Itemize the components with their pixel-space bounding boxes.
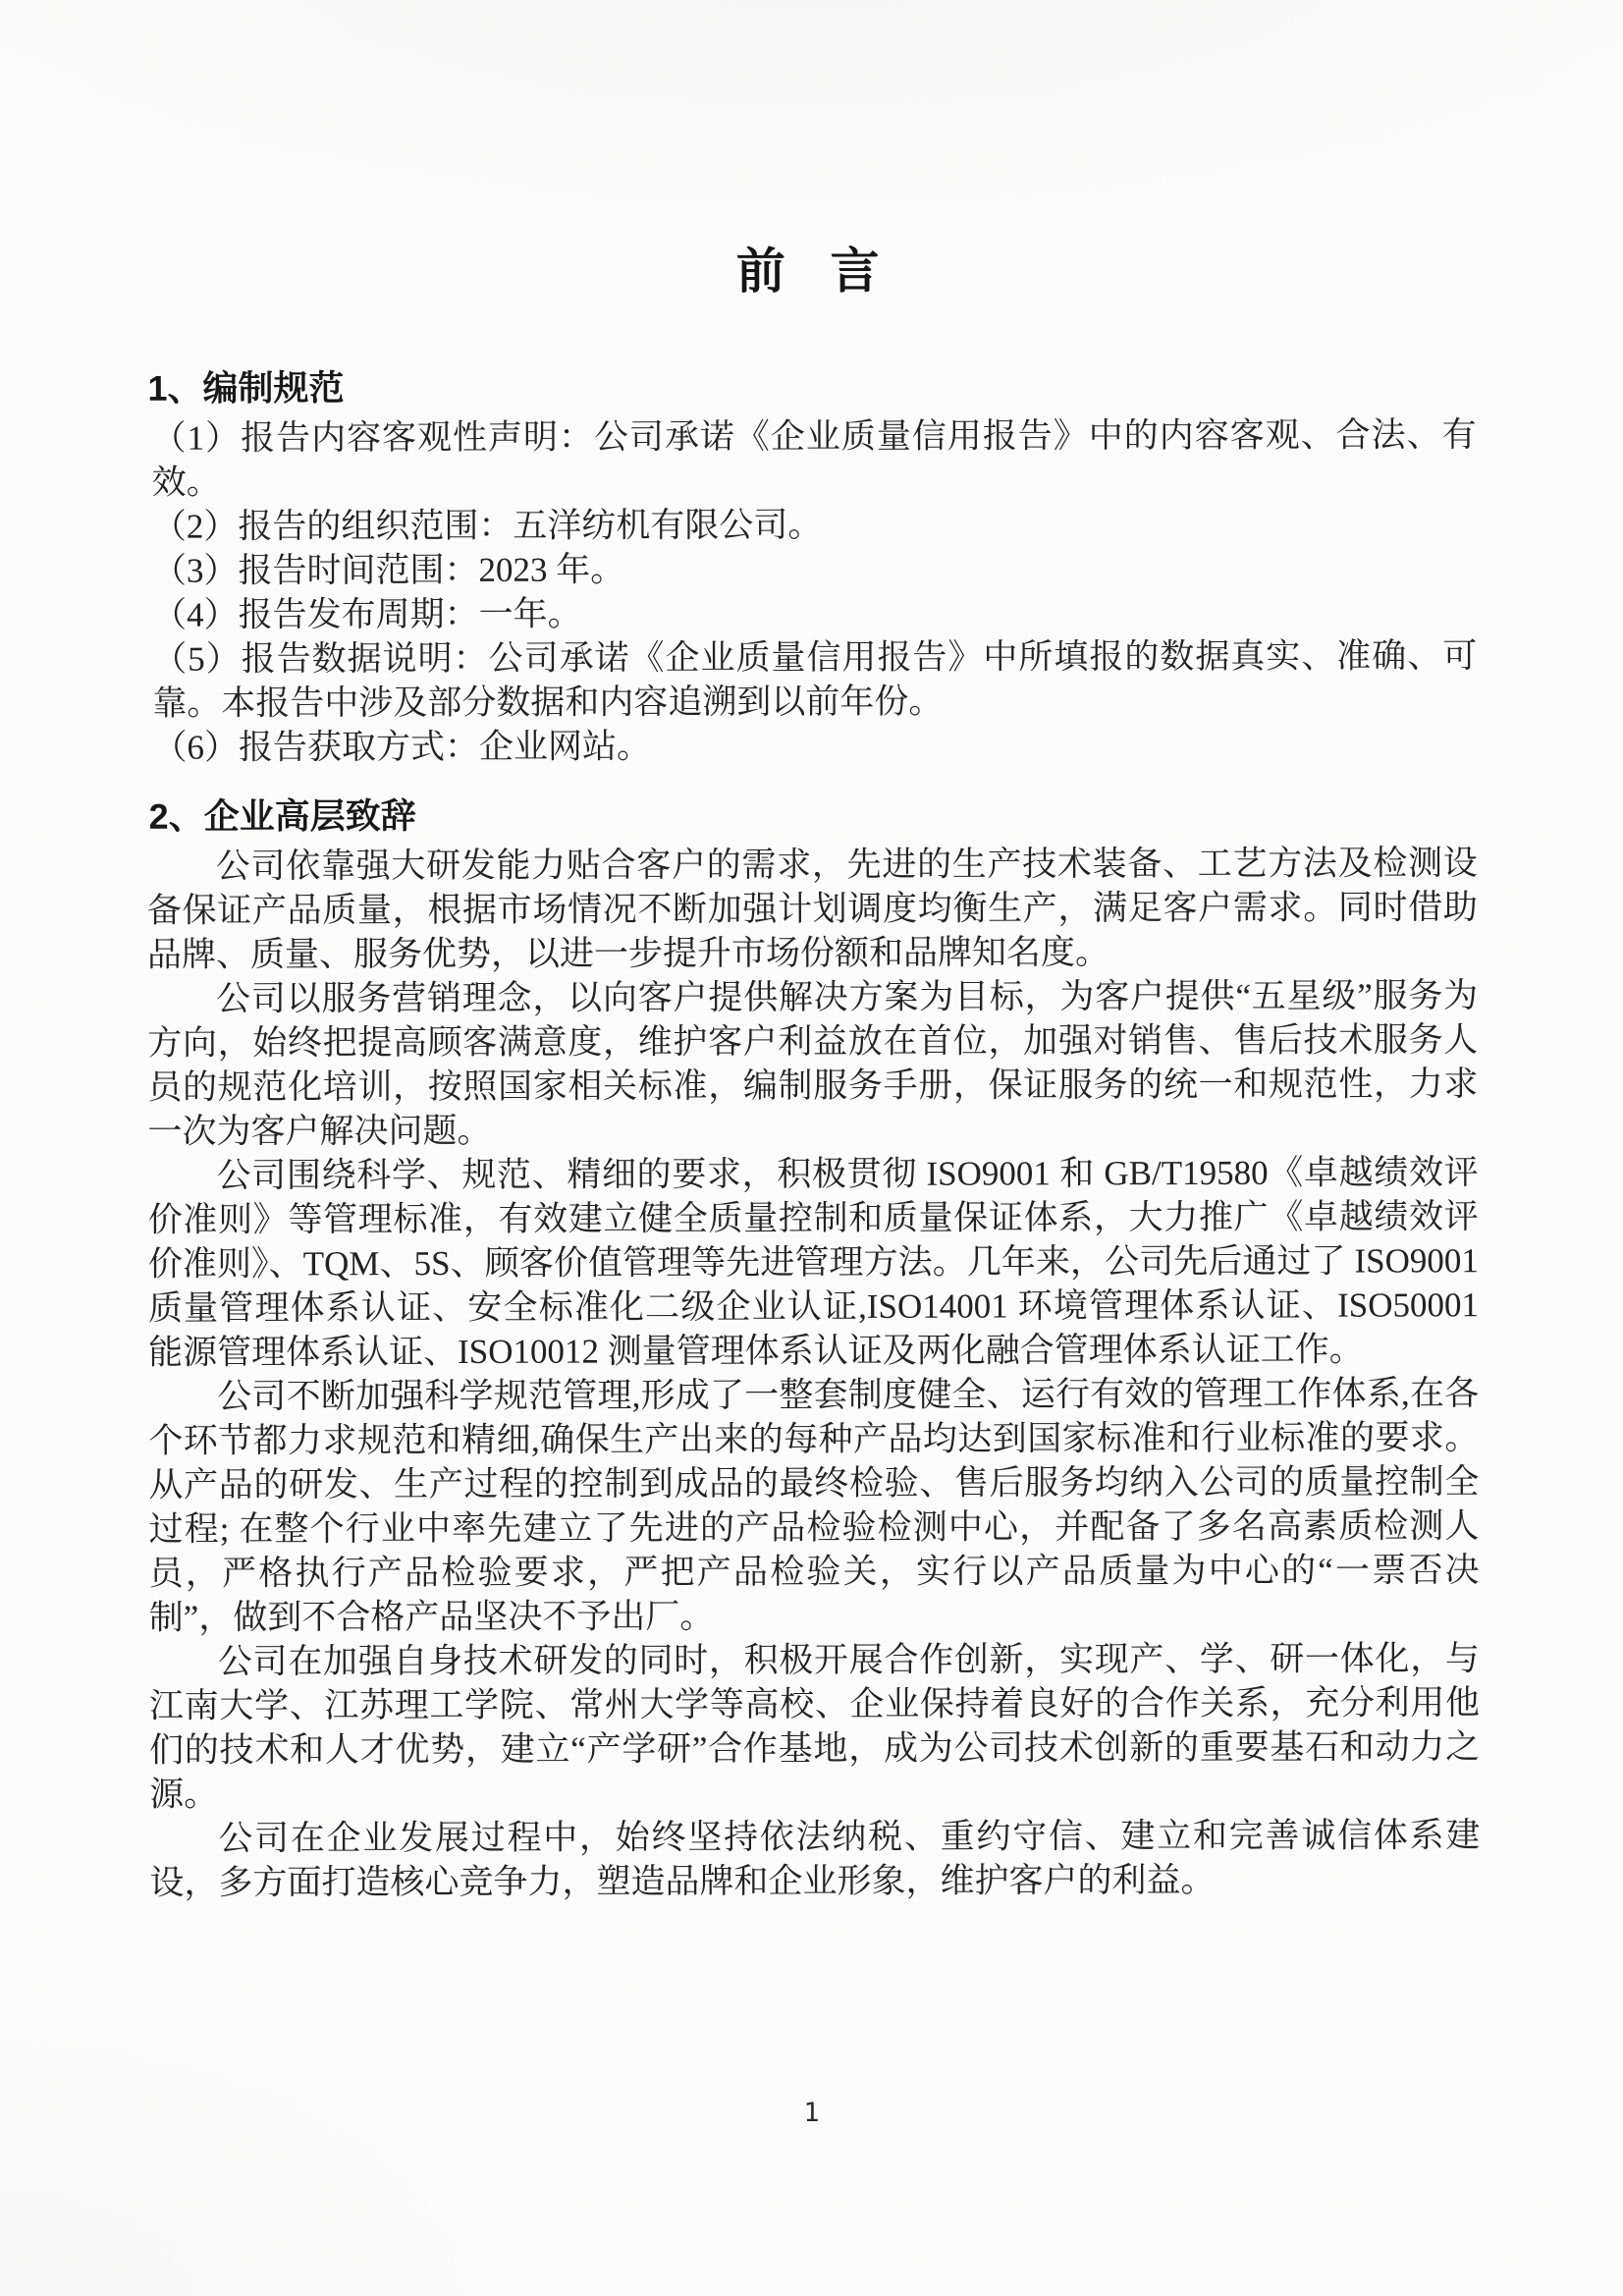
address-paragraph-6: 公司在企业发展过程中，始终坚持依法纳税、重约守信、建立和完善诚信体系建设，多方面…	[149, 1813, 1480, 1905]
page-content: 前 言 1、编制规范 （1）报告内容客观性声明：公司承诺《企业质量信用报告》中的…	[144, 0, 1480, 1905]
page-title: 前 言	[145, 240, 1476, 302]
numbered-item-3: （3）报告时间范围：2023 年。	[146, 545, 1477, 593]
numbered-item-5: （5）报告数据说明：公司承诺《企业质量信用报告》中所填报的数据真实、准确、可靠。…	[146, 633, 1477, 726]
scanned-document-page: 前 言 1、编制规范 （1）报告内容客观性声明：公司承诺《企业质量信用报告》中的…	[0, 0, 1623, 2296]
numbered-item-1: （1）报告内容客观性声明：公司承诺《企业质量信用报告》中的内容客观、合法、有效。	[146, 412, 1477, 505]
numbered-item-2: （2）报告的组织范围：五洋纺机有限公司。	[146, 501, 1477, 549]
address-paragraph-4: 公司不断加强科学规范管理,形成了一整套制度健全、运行有效的管理工作体系,在各个环…	[148, 1371, 1480, 1640]
address-paragraph-5: 公司在加强自身技术研发的同时，积极开展合作创新，实现产、学、研一体化，与江南大学…	[149, 1636, 1480, 1817]
address-paragraph-3: 公司围绕科学、规范、精细的要求，积极贯彻 ISO9001 和 GB/T19580…	[148, 1150, 1480, 1375]
numbered-item-6: （6）报告获取方式：企业网站。	[146, 722, 1477, 770]
section-1-heading: 1、编制规范	[147, 363, 1476, 410]
section-compilation-standard: 1、编制规范 （1）报告内容客观性声明：公司承诺《企业质量信用报告》中的内容客观…	[145, 363, 1477, 770]
section-2-heading: 2、企业高层致辞	[149, 792, 1478, 839]
section-executive-address: 2、企业高层致辞 公司依靠强大研发能力贴合客户的需求，先进的生产技术装备、工艺方…	[147, 792, 1481, 1905]
page-number: 1	[0, 2098, 1623, 2128]
address-paragraph-2: 公司以服务营销理念，以向客户提供解决方案为目标，为客户提供“五星级”服务为方向，…	[147, 973, 1478, 1154]
address-paragraph-1: 公司依靠强大研发能力贴合客户的需求，先进的生产技术装备、工艺方法及检测设备保证产…	[147, 841, 1478, 977]
numbered-item-4: （4）报告发布周期：一年。	[146, 589, 1477, 637]
